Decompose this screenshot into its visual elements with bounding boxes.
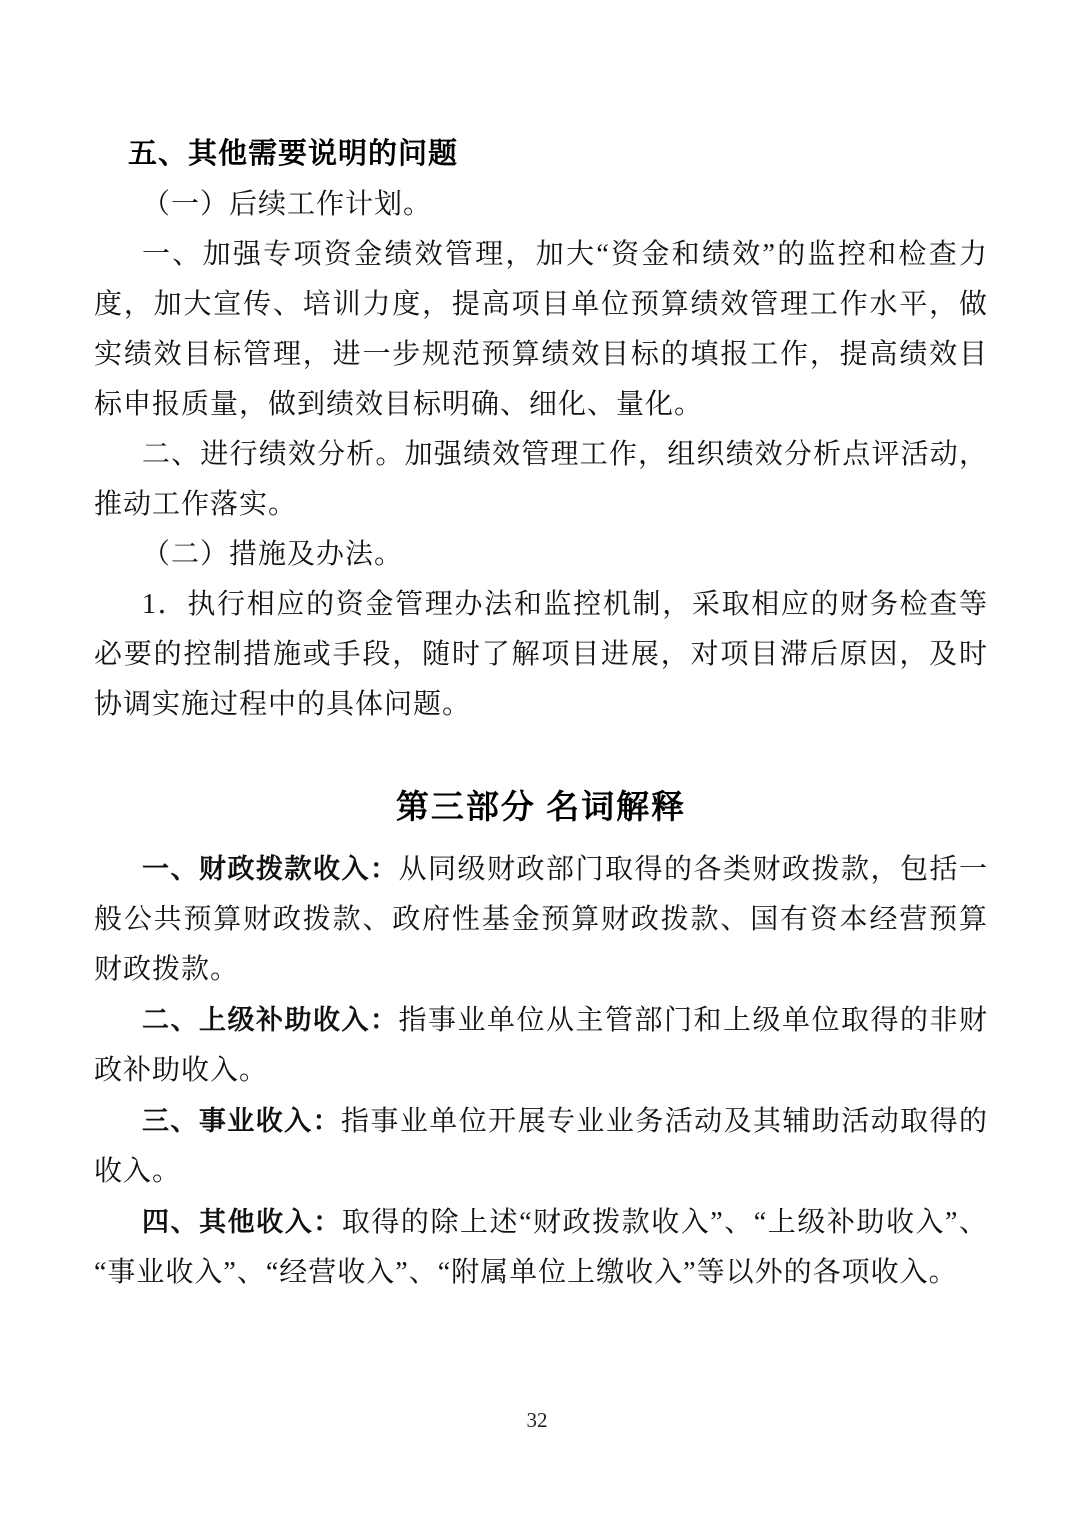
page-number: 32 [0, 1408, 1074, 1433]
term-operating-income: 三、事业收入：指事业单位开展专业业务活动及其辅助活动取得的收入。 [94, 1096, 988, 1197]
term-fiscal-appropriation-income: 一、财政拨款收入：从同级财政部门取得的各类财政拨款，包括一般公共预算财政拨款、政… [94, 844, 988, 995]
document-page: 五、其他需要说明的问题 （一）后续工作计划。 一、加强专项资金绩效管理，加大“资… [0, 0, 1074, 1520]
term-lead: 四、其他收入： [142, 1207, 342, 1237]
paragraph-strengthen-performance: 一、加强专项资金绩效管理，加大“资金和绩效”的监控和检查力度，加大宣传、培训力度… [94, 230, 988, 430]
section-heading-other-issues: 五、其他需要说明的问题 [94, 128, 988, 180]
term-other-income: 四、其他收入：取得的除上述“财政拨款收入”、“上级补助收入”、“事业收入”、“经… [94, 1197, 988, 1298]
paragraph-performance-analysis: 二、进行绩效分析。加强绩效管理工作，组织绩效分析点评活动，推动工作落实。 [94, 430, 988, 530]
paragraph-measures-label: （二）措施及办法。 [94, 530, 988, 580]
term-lead: 一、财政拨款收入： [142, 854, 399, 884]
paragraph-fund-management: 1．执行相应的资金管理办法和监控机制，采取相应的财务检查等必要的控制措施或手段，… [94, 580, 988, 730]
term-superior-subsidy-income: 二、上级补助收入：指事业单位从主管部门和上级单位取得的非财政补助收入。 [94, 995, 988, 1096]
part3-heading-glossary: 第三部分 名词解释 [94, 780, 988, 836]
paragraph-followup-plan-label: （一）后续工作计划。 [94, 180, 988, 230]
term-lead: 二、上级补助收入： [142, 1005, 399, 1035]
term-lead: 三、事业收入： [142, 1106, 341, 1136]
